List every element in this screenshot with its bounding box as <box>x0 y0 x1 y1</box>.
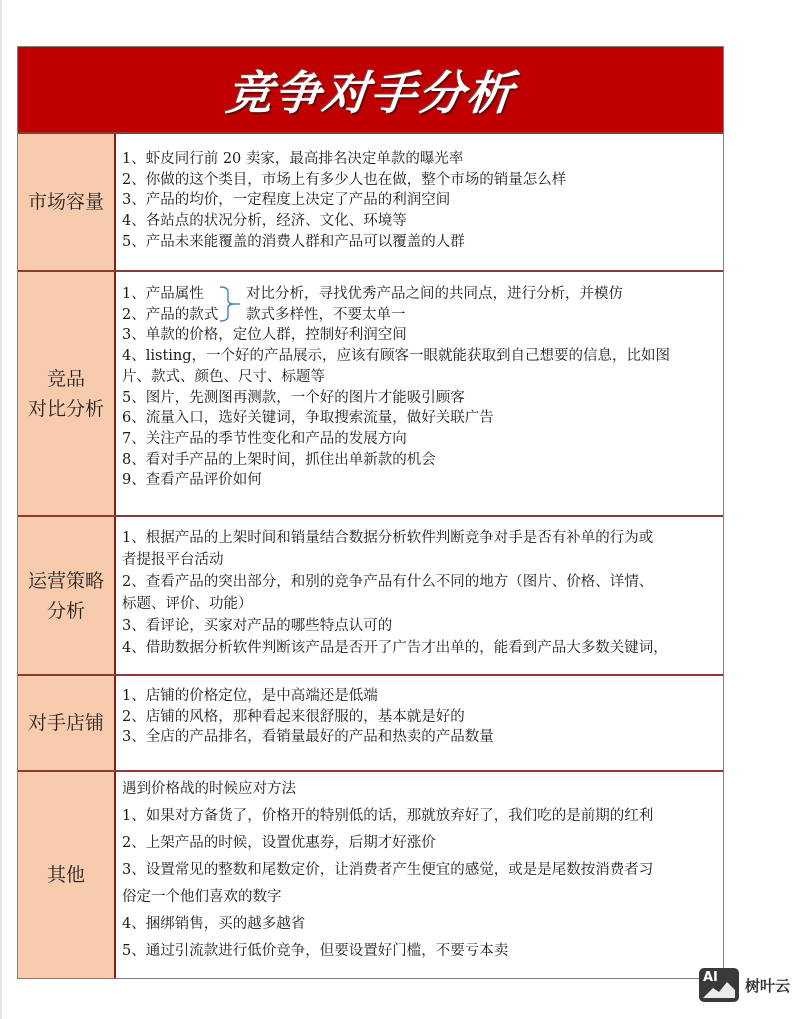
row-label-text: 对比分析 <box>28 394 104 424</box>
row-other: 其他 遇到价格战的时候应对方法 1、如果对方备货了，价格开的特别低的话，那就放弃… <box>18 770 723 978</box>
list-item: 3、产品的均价，一定程度上决定了产品的利润空间 <box>122 190 717 211</box>
row-label-text: 竞品 <box>28 364 104 394</box>
list-item: 5、图片，先测图再测款，一个好的图片才能吸引顾客 <box>122 388 717 409</box>
row-body: 遇到价格战的时候应对方法 1、如果对方备货了，价格开的特别低的话，那就放弃好了，… <box>116 772 723 978</box>
list-item: 1、产品属性 <box>122 284 218 305</box>
row-body: 1、虾皮同行前 20 卖家，最高排名决定单款的曝光率 2、你做的这个类目，市场上… <box>116 134 723 270</box>
list-item: 3、全店的产品排名，看销量最好的产品和热卖的产品数量 <box>122 727 717 748</box>
list-item: 2、你做的这个类目，市场上有多少人也在做，整个市场的销量怎么样 <box>122 170 717 191</box>
row-label: 对手店铺 <box>18 676 116 770</box>
row-label: 运营策略 分析 <box>18 517 116 674</box>
list-item: 俗定一个他们喜欢的数字 <box>122 884 717 911</box>
list-item: 3、单款的价格，定位人群，控制好利润空间 <box>122 325 717 346</box>
list-item: 5、通过引流款进行低价竞争，但要设置好门槛，不要亏本卖 <box>122 938 717 965</box>
list-item: 款式多样性，不要太单一 <box>246 305 623 326</box>
list-item: 6、流量入口，选好关键词，争取搜索流量，做好关联广告 <box>122 408 717 429</box>
list-item: 者提报平台活动 <box>122 549 717 571</box>
row-label-text: 运营策略 <box>28 566 104 596</box>
list-item: 1、如果对方备货了，价格开的特别低的话，那就放弃好了，我们吃的是前期的红利 <box>122 803 717 830</box>
table-header: 竞争对手分析 <box>18 47 723 132</box>
competitor-analysis-table: 竞争对手分析 市场容量 1、虾皮同行前 20 卖家，最高排名决定单款的曝光率 2… <box>17 46 724 979</box>
ai-image-icon: AI <box>699 968 739 1002</box>
row-body: 1、根据产品的上架时间和销量结合数据分析软件判断竞争对手是否有补单的行为或 者提… <box>116 517 723 674</box>
list-item: 4、借助数据分析软件判断该产品是否开了广告才出单的，能看到产品大多数关键词， <box>122 637 717 659</box>
row-competitor-product-comparison: 竞品 对比分析 1、产品属性 2、产品的款式 对比分析，寻找优秀产品之间的共同点… <box>18 270 723 515</box>
list-item: 5、产品未来能覆盖的消费人群和产品可以覆盖的人群 <box>122 232 717 253</box>
list-item: 4、捆绑销售，买的越多越省 <box>122 911 717 938</box>
watermark-text: 树叶云 <box>745 975 790 996</box>
row-label-text: 对手店铺 <box>28 708 104 738</box>
list-item: 遇到价格战的时候应对方法 <box>122 776 717 803</box>
row-label: 竞品 对比分析 <box>18 272 116 515</box>
row-competitor-store: 对手店铺 1、店铺的价格定位，是中高端还是低端 2、店铺的风格，那种看起来很舒服… <box>18 674 723 770</box>
list-item: 1、店铺的价格定位，是中高端还是低端 <box>122 686 717 707</box>
list-item: 1、虾皮同行前 20 卖家，最高排名决定单款的曝光率 <box>122 149 717 170</box>
row-body: 1、店铺的价格定位，是中高端还是低端 2、店铺的风格，那种看起来很舒服的，基本就… <box>116 676 723 770</box>
list-item: 4、各站点的状况分析，经济、文化、环境等 <box>122 211 717 232</box>
row-label-text: 其他 <box>47 860 85 890</box>
row-label-text: 市场容量 <box>28 187 104 217</box>
row-body: 1、产品属性 2、产品的款式 对比分析，寻找优秀产品之间的共同点，进行分析，并模… <box>116 272 723 515</box>
page-title: 竞争对手分析 <box>223 57 518 123</box>
list-item: 2、上架产品的时候，设置优惠券，后期才好涨价 <box>122 830 717 857</box>
list-item: 9、查看产品评价如何 <box>122 470 717 491</box>
bracketed-items: 1、产品属性 2、产品的款式 对比分析，寻找优秀产品之间的共同点，进行分析，并模… <box>122 284 717 325</box>
watermark: AI 树叶云 <box>699 968 790 1002</box>
list-item: 2、产品的款式 <box>122 305 218 326</box>
curly-brace-icon <box>218 284 240 322</box>
list-item: 8、看对手产品的上架时间，抓住出单新款的机会 <box>122 450 717 471</box>
list-item: 3、看评论，买家对产品的哪些特点认可的 <box>122 615 717 637</box>
row-market-capacity: 市场容量 1、虾皮同行前 20 卖家，最高排名决定单款的曝光率 2、你做的这个类… <box>18 132 723 270</box>
list-item: 7、关注产品的季节性变化和产品的发展方向 <box>122 429 717 450</box>
row-label-text: 分析 <box>28 596 104 626</box>
list-item: 3、设置常见的整数和尾数定价，让消费者产生便宜的感觉，或是是尾数按消费者习 <box>122 857 717 884</box>
list-item: 2、查看产品的突出部分，和别的竞争产品有什么不同的地方（图片、价格、详情、 <box>122 571 717 593</box>
list-item: 4、listing，一个好的产品展示，应该有顾客一眼就能获取到自己想要的信息，比… <box>122 346 717 367</box>
list-item: 2、店铺的风格，那种看起来很舒服的，基本就是好的 <box>122 707 717 728</box>
row-label: 市场容量 <box>18 134 116 270</box>
page-edge <box>0 0 2 1019</box>
list-item: 对比分析，寻找优秀产品之间的共同点，进行分析，并模仿 <box>246 284 623 305</box>
list-item: 片、款式、颜色、尺寸、标题等 <box>122 367 717 388</box>
list-item: 1、根据产品的上架时间和销量结合数据分析软件判断竞争对手是否有补单的行为或 <box>122 527 717 549</box>
row-operation-strategy: 运营策略 分析 1、根据产品的上架时间和销量结合数据分析软件判断竞争对手是否有补… <box>18 515 723 674</box>
row-label: 其他 <box>18 772 116 978</box>
list-item: 标题、评价、功能） <box>122 593 717 615</box>
